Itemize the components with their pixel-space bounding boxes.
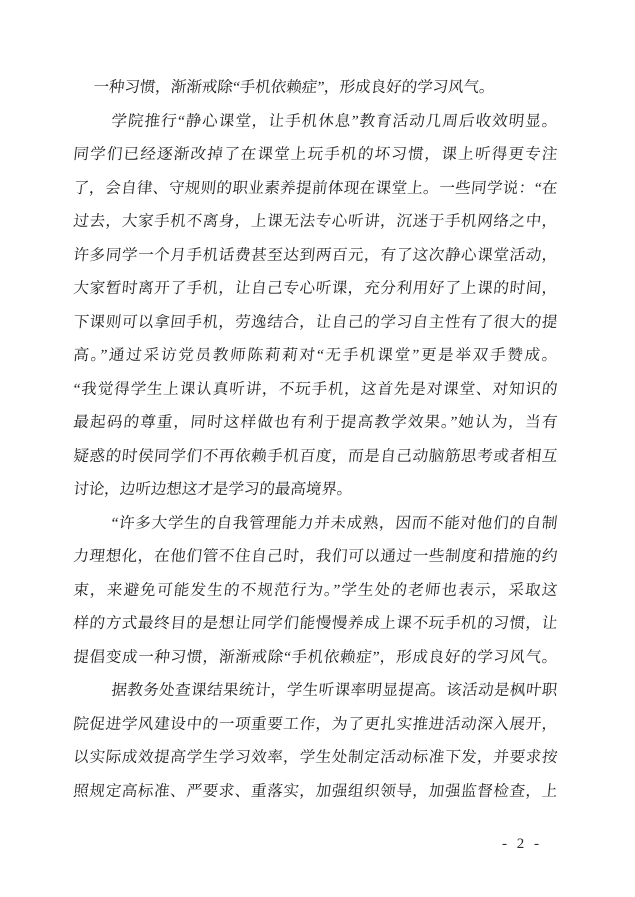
text-line: 束，来避免可能发生的不规范行为。”学生处的老师也表示，采取这	[72, 574, 560, 608]
text-line: 大家暂时离开了手机，让自己专心听课，充分利用好了上课的时间，	[72, 272, 560, 306]
text-line: 疑惑的时侯同学们不再依赖手机百度，而是自己动脑筋思考或者相互	[72, 440, 560, 474]
text-line: 讨论，边听边想这才是学习的最高境界。	[72, 473, 560, 507]
text-line: 以实际成效提高学生学习效率，学生处制定活动标准下发，并要求按	[72, 741, 560, 775]
text-line: 一种习惯，渐渐戒除“手机依赖症”，形成良好的学习风气。	[72, 71, 560, 105]
text-line: 下课则可以拿回手机，劳逸结合，让自己的学习自主性有了很大的提	[72, 306, 560, 340]
text-line: 照规定高标准、严要求、重落实，加强组织领导，加强监督检查，上	[72, 775, 560, 809]
document-page: 一种习惯，渐渐戒除“手机依赖症”，形成良好的学习风气。 学院推行“静心课堂，让手…	[0, 0, 635, 897]
text-line: 学院推行“静心课堂，让手机休息”教育活动几周后收效明显。	[72, 105, 560, 139]
text-line: 力理想化，在他们管不住自己时，我们可以通过一些制度和措施的约	[72, 540, 560, 574]
paragraph-self-management: “许多大学生的自我管理能力并未成熟，因而不能对他们的自制 力理想化，在他们管不住…	[73, 507, 557, 675]
text-line: 高。”通过采访党员教师陈莉莉对“无手机课堂”更是举双手赞成。	[72, 339, 560, 373]
text-line: 过去，大家手机不离身，上课无法专心听讲，沉迷于手机网络之中，	[72, 205, 560, 239]
text-line: 样的方式最终目的是想让同学们能慢慢养成上课不玩手机的习惯，让	[72, 607, 560, 641]
text-body: 一种习惯，渐渐戒除“手机依赖症”，形成良好的学习风气。 学院推行“静心课堂，让手…	[73, 71, 557, 808]
text-line: 最起码的尊重，同时这样做也有利于提高教学效果。”她认为，当有	[72, 406, 560, 440]
text-line: 院促进学风建设中的一项重要工作，为了更扎实推进活动深入展开，	[72, 708, 560, 742]
text-line: 提倡变成一种习惯，渐渐戒除“手机依赖症”，形成良好的学习风气。	[72, 641, 560, 675]
paragraph-classroom-activity: 学院推行“静心课堂，让手机休息”教育活动几周后收效明显。 同学们已经逐渐改掉了在…	[73, 105, 557, 507]
page-number: - 2 -	[502, 833, 542, 855]
text-line: 同学们已经逐渐改掉了在课堂上玩手机的坏习惯，课上听得更专注	[72, 138, 560, 172]
text-line: 许多同学一个月手机话费甚至达到两百元，有了这次静心课堂活动，	[72, 239, 560, 273]
paragraph-statistics: 据教务处查课结果统计，学生听课率明显提高。该活动是枫叶职 院促进学风建设中的一项…	[73, 674, 557, 808]
text-line: “我觉得学生上课认真听讲，不玩手机，这首先是对课堂、对知识的	[72, 373, 560, 407]
text-line: 据教务处查课结果统计，学生听课率明显提高。该活动是枫叶职	[72, 674, 560, 708]
paragraph-continuation: 一种习惯，渐渐戒除“手机依赖症”，形成良好的学习风气。	[73, 71, 557, 105]
text-line: 了，会自律、守规则的职业素养提前体现在课堂上。一些同学说：“在	[72, 172, 560, 206]
text-line: “许多大学生的自我管理能力并未成熟，因而不能对他们的自制	[72, 507, 560, 541]
